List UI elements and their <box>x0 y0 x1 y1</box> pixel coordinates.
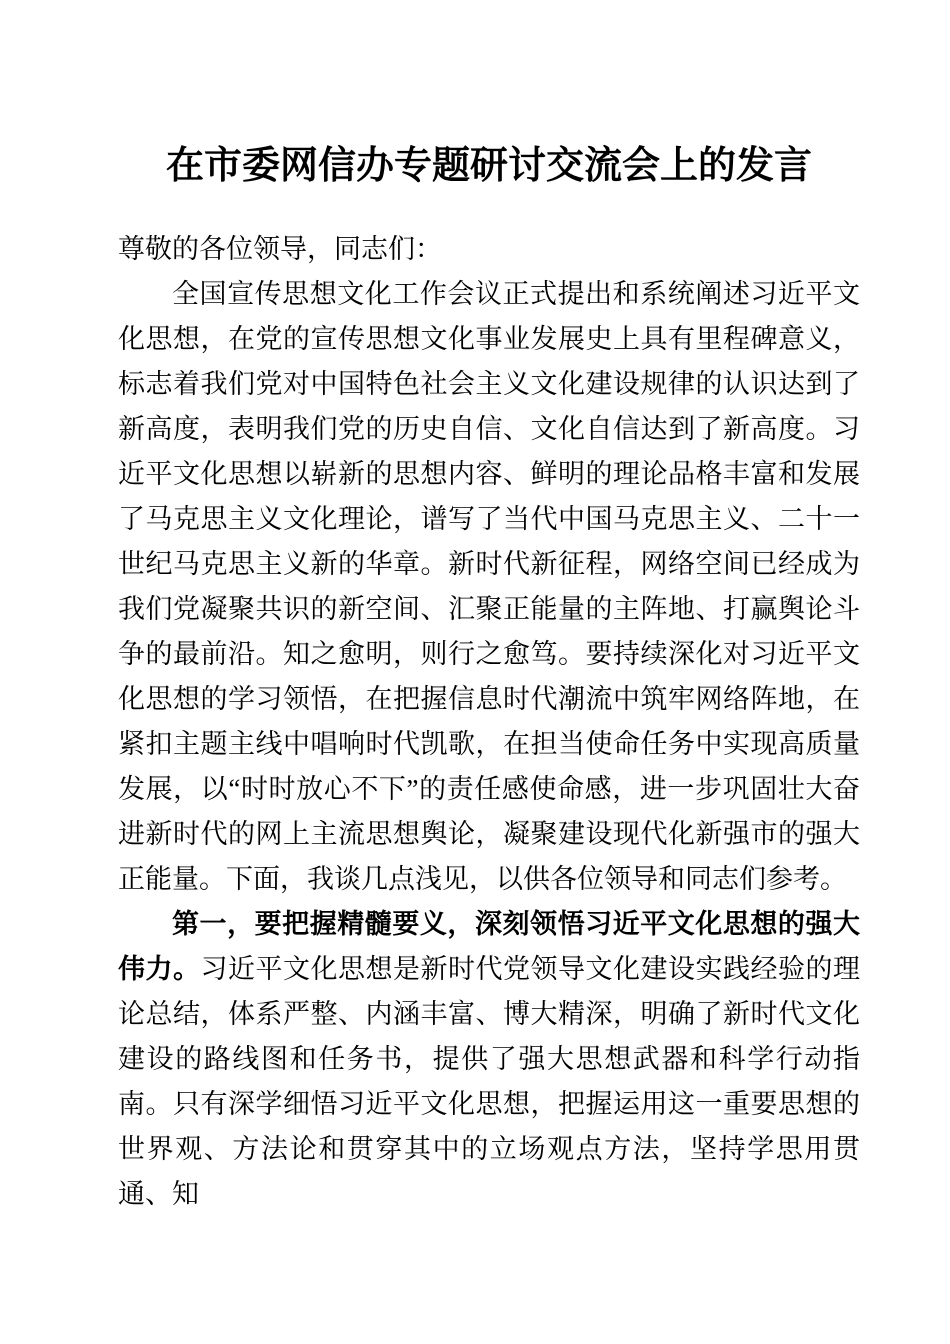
salutation-line: 尊敬的各位领导，同志们： <box>118 227 860 272</box>
document-body: 尊敬的各位领导，同志们： 全国宣传思想文化工作会议正式提出和系统阐述习近平文化思… <box>118 227 860 1217</box>
paragraph-2: 第一，要把握精髓要义，深刻领悟习近平文化思想的强大伟力。习近平文化思想是新时代党… <box>118 902 860 1217</box>
paragraph-2-text: 习近平文化思想是新时代党领导文化建设实践经验的理论总结，体系严整、内涵丰富、博大… <box>118 954 860 1209</box>
paragraph-1-text: 全国宣传思想文化工作会议正式提出和系统阐述习近平文化思想，在党的宣传思想文化事业… <box>118 279 860 894</box>
document-title: 在市委网信办专题研讨交流会上的发言 <box>118 138 860 194</box>
document-page: 在市委网信办专题研讨交流会上的发言 尊敬的各位领导，同志们： 全国宣传思想文化工… <box>0 0 950 1344</box>
paragraph-1: 全国宣传思想文化工作会议正式提出和系统阐述习近平文化思想，在党的宣传思想文化事业… <box>118 272 860 902</box>
